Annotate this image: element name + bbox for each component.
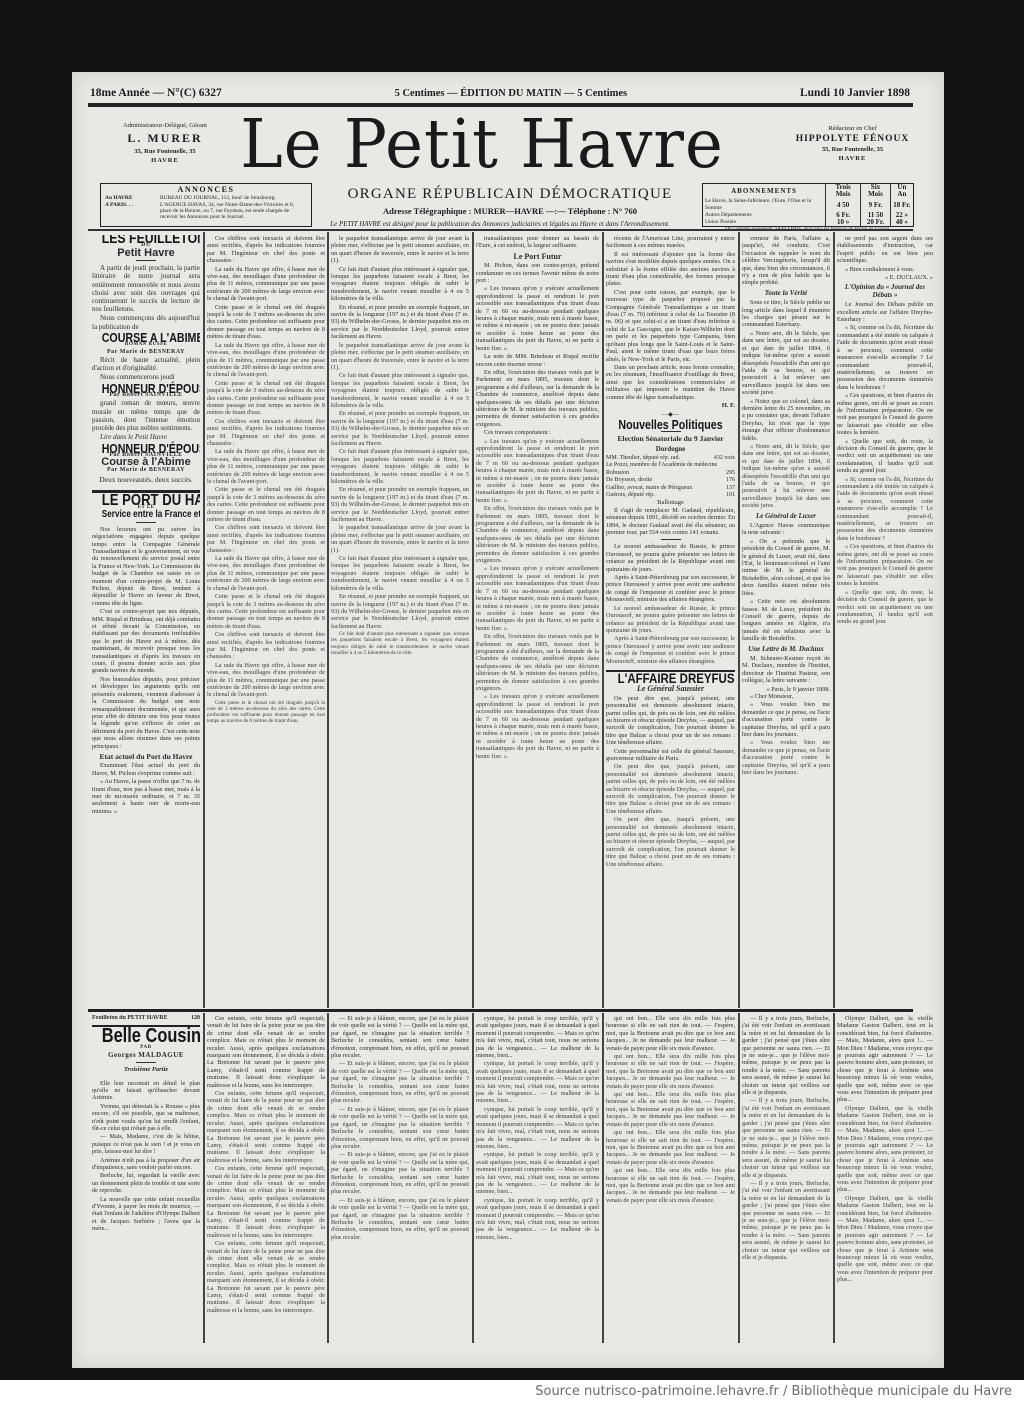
paragraph: Le nouvel ambassadeur de Russie, le prin… [606,543,735,573]
paragraph: M. Pichon, dans son contre-projet, préte… [476,262,599,284]
paragraph: A partir de jeudi prochain, la partie li… [92,264,200,313]
paragraph: Le Journal des Débats publie un excellen… [837,301,933,323]
paragraph: — Et suis-je à blâmer, encore, que j'ai … [331,1015,469,1059]
year-issue: 18me Année — N°(C) 6327 [90,87,222,99]
column-rule [738,232,740,1008]
column-rule [472,232,474,1008]
row-label: Union Postale [703,219,826,226]
paragraph: « Les travaux qu'on y exécute actuelleme… [476,285,599,352]
paragraph: C'est pour cette raison, par exemple, qu… [606,289,735,363]
col-header: Six Mois [861,184,891,198]
politiques-title: Nouvelles Politiques [618,421,724,428]
administrator-block: Administrateur-Délégué, Gérant L. MURER … [100,122,230,164]
paragraph: La note de MM. Brindeau et Rispal rectif… [476,353,599,368]
result-row: De Boysson, droite176 [606,477,735,484]
tagline: Deux nouveautés, deux succès. [92,476,200,483]
editor-block: Rédacteur en Chef HIPPOLYTE FÉNOUX 35, R… [790,125,915,162]
paragraph: On peut dire que, jusqu'à présent, une p… [606,763,735,815]
col-header: Trois Mois [826,184,861,198]
candidate-votes: 176 [726,477,735,484]
footnote: Cette passe et le chenal ont été dragués… [207,700,325,725]
paragraph: « Notez que ce colonel, dans sa dernière… [742,398,830,442]
paragraph: Après à Saint-Pétersbourg par son succes… [606,635,735,665]
paragraph: cynique, lui portait le coup terrible, q… [476,1015,599,1059]
section-heading: Election Sénatoriale du 9 Janvier [606,435,735,442]
result-row: MM. Theulier, député rép. rad.432 voix [606,455,735,462]
paragraph: C'est ce contre-projet que nos députés, … [92,608,200,675]
section-heading: Le Général Saussier [606,685,735,692]
paragraph: — Il y a trois jours, Berluche, j'ai été… [742,1180,830,1261]
paragraph: qui ont bon... Elle sera dix mille fois … [606,1129,735,1166]
candidate-votes: 101 [726,492,735,499]
masthead-subtitle: ORGANE RÉPUBLICAIN DÉMOCRATIQUE [330,186,690,203]
feuilleton-number: 120 [191,1015,200,1022]
paragraph: « Quelle que soit, du reste, la décision… [837,438,933,475]
result-row: Robuston295 [606,470,735,477]
section-heading: Le Port Futur [476,253,599,260]
paragraph: La rade du Havre qui offre, à basse mer … [207,266,325,303]
paragraph: « Ces questions, et bien d'autres du mêm… [837,543,933,587]
candidate-votes: 295 [726,470,735,477]
paragraph: Ces enfants, cette femme qu'il respectai… [207,1015,325,1089]
paragraph: « Notre ami, dit le Siècle, que dans une… [742,443,830,510]
paragraph: « Quelle que soit, du reste, la décision… [837,589,933,626]
paragraph: La nouvelle que cette enfant recueillie … [92,1196,200,1233]
divider [136,1062,156,1063]
paragraph: « Bien cordialement à vous. [837,266,933,273]
abonnements-box: ABONNEMENTS Trois Mois Six Mois Un An Le… [702,183,914,227]
candidate-name: Gaillier, avocat, maire de Périgueux [606,485,692,492]
paragraph: qui ont bon... Elle sera dix mille fois … [606,1091,735,1128]
annonces-box: ANNONCES Au HAVRE BUREAU DU JOURNAL, 112… [100,183,312,227]
paragraph: « Cher Monsieur, [742,693,830,700]
divider [661,539,681,540]
candidate-votes: 432 voix [714,455,735,462]
column-rule [472,1013,474,1343]
designation-line: Le PETIT HAVRE est désigné pour la publi… [250,220,750,228]
paragraph: Cette passe et le chenal ont été dragués… [207,486,325,523]
abonnements-title: ABONNEMENTS [703,184,826,198]
paragraph: cynique, lui portait le coup terrible, q… [476,1151,599,1195]
section-heading: Le Général de Luxer [742,513,830,520]
paragraph: Olympe Dalbert, que la vieille Madame Ga… [837,1195,933,1284]
candidate-votes: 137 [726,485,735,492]
dreyfus-title: L'AFFAIRE DREYFUS [618,675,724,682]
paragraph: le paquebot transatlantique arrive de jo… [331,342,469,372]
editor-address: 35, Rue Fontenelle, 35 [790,146,915,153]
source-credit: Source nutrisco-patrimoine.lehavre.fr / … [535,1384,1012,1399]
paragraph: En résumé, et pour prendre un exemple fr… [331,304,469,341]
column-dreyfus-1: verneur de Paris, l'affaire a, jusqu'ici… [742,235,830,1007]
column-rule [602,232,604,1008]
paragraph: « Les travaux qu'on y exécute actuelleme… [476,565,599,632]
paragraph: Berluche, lui, regardait la vieille avec… [92,1172,200,1194]
column-rule [327,232,329,1008]
paragraph: qui ont bon... Elle sera dix mille fois … [606,1053,735,1090]
paragraph: « Les travaux qu'on y exécute actuelleme… [476,693,599,760]
paragraph: Ce fait était d'autant plus intéressant … [331,372,469,409]
abonnements-table: ABONNEMENTS Trois Mois Six Mois Un An Le… [703,184,913,226]
feuilleton-label: Feuilleton du PETIT HAVRE [92,1015,168,1022]
column-rule [833,232,835,1008]
paragraph: qui ont bon... Elle sera dix mille fois … [606,1015,735,1052]
paragraph: « Les travaux qu'on y exécute actuelleme… [476,438,599,505]
paragraph: « On a prétendu que le président du Cons… [742,538,830,597]
paragraph: Artémie n'eût pas à la proposer d'un air… [92,1157,200,1172]
row-label: Le Havre, la Seine-Inférieure, l'Eure, l… [703,198,826,212]
paragraph: — Et suis-je à blâmer, encore, que j'ai … [331,1197,469,1241]
price: 40 » [890,219,913,226]
editor-name: HIPPOLYTE FÉNOUX [790,134,915,144]
paragraph: — Et suis-je à blâmer, encore, que j'ai … [331,1106,469,1150]
divider [136,260,156,261]
paragraph: Ces chiffres sont inexacts et doivent êt… [207,631,325,661]
price: 10 » [826,219,861,226]
paragraph: Ce fait était d'autant plus intéressant … [331,555,469,592]
paragraph: Ces enfants, cette femme qu'il respectai… [207,1240,325,1314]
paragraph: Cette passe et le chenal ont été dragués… [207,380,325,417]
paragraph: Cette passe et le chenal ont été dragués… [207,593,325,630]
candidate-name: De Boysson, droite [606,477,652,484]
novel-title: HONNEUR D'ÉPOUSE [102,445,191,452]
port-title: LE PORT DU HAVRE [102,497,191,504]
price: 9 Fr. [861,198,891,212]
paragraph: La rade du Havre qui offre, à basse mer … [207,342,325,379]
section-heading: Etat actuel du Port du Havre [92,753,200,760]
row-label: Autres Départements [703,212,826,219]
paragraph: En effet, l'exécution des travaux votés … [476,369,599,428]
paragraph: « Cette note est absolument fausse. M. d… [742,598,830,642]
editor-city: HAVRE [790,155,915,162]
paragraph: Ces enfants, cette femme qu'il respectai… [207,1165,325,1239]
annonces-row: A PARIS. . . L'AGENCE HAVAS, 34, rue Not… [105,202,307,220]
feuilleton-column-5: qui ont bon... Elle sera dix mille fois … [606,1015,735,1340]
annonces-place: A PARIS. . . [105,202,160,220]
column-rule [203,232,205,1008]
feuilleton-part: Troisième Partie [92,1066,200,1073]
candidate-name: Guérois, député rép. [606,492,655,499]
col-header: Un An [890,184,913,198]
column-politiques: récents de l'American Line, pourraient y… [606,235,735,1007]
column-dreyfus-2: ne perd pas son argent dans ses établiss… [837,235,933,1007]
candidate-name: Le Pozzi, membre de l'Académie de médeci… [606,462,717,469]
feuilleton-column-7: Olympe Dalbert, que la vieille Madame Ga… [837,1015,933,1340]
paragraph: transatlantiques pour donner au bassin d… [476,235,599,250]
paragraph: « Si, comme on l'a dit, l'écriture du co… [837,476,933,543]
administrator-name: L. MURER [100,131,230,146]
administrator-role: Administrateur-Délégué, Gérant [100,122,230,129]
paragraph: cynique, lui portait le coup terrible, q… [476,1060,599,1104]
feuilleton-column-1: Feuilleton du PETIT HAVRE 120 Belle Cous… [92,1015,200,1340]
paragraph: Elle leur racontait en détail le plan qu… [92,1080,200,1102]
section-heading: Une Lettre de M. Duclaux [742,646,830,653]
column-rule [602,1013,604,1343]
annonces-text: BUREAU DU JOURNAL, 112, boul' de Strasbo… [160,195,307,201]
price: 20 Fr. [861,219,891,226]
paragraph: — Et suis-je à blâmer, encore, que j'ai … [331,1151,469,1195]
price-edition: 5 Centimes — ÉDITION DU MATIN — 5 Centim… [395,88,628,99]
paragraph: — Il y a trois jours, Berluche, j'ai été… [742,1097,830,1178]
paragraph: On peut dire que, jusqu'à présent, une p… [606,695,735,747]
paragraph: En résumé, et pour prendre un exemple fr… [331,486,469,523]
paragraph: grand roman de mœurs, œuvre morale en mê… [92,399,200,432]
paragraph: cynique, lui portait le coup terrible, q… [476,1106,599,1150]
signature: « E. DUCLAUX. » [837,274,933,281]
column-port-4: transatlantiques pour donner au bassin d… [476,235,599,1007]
paragraph: Le nouvel ambassadeur de Russie, le prin… [606,605,735,635]
issue-date: Lundi 10 Janvier 1898 [800,87,910,99]
administrator-address: 35, Rue Fontenelle, 35 [100,148,230,155]
column-rule [203,1013,205,1343]
footnote: Ce fait était d'autant plus intéressant … [331,631,469,656]
paragraph: En résumé, et pour prendre un exemple fr… [331,593,469,630]
paragraph: Cette personnalité est celle du général … [606,748,735,763]
candidate-name: MM. Theulier, député rép. rad. [606,455,680,462]
port-subtitle: Service entre la France et New-York [102,511,191,518]
department: Dordogne [606,446,735,453]
paragraph: Nos lecteurs ont pu suivre les négociati… [92,526,200,607]
novel-author: Par Marie de BESNERAY [92,467,200,474]
paragraph: Ces chiffres sont inexacts et doivent êt… [207,235,325,265]
paragraph: — Et suis-je à blâmer, encore, que j'ai … [331,1060,469,1104]
section-heading: L'Opinion du « Journal des Débats » [837,284,933,299]
novel-title: COURSE A L'ABIME [102,334,191,341]
paragraph: Ces chiffres sont inexacts et doivent êt… [207,418,325,448]
column-rule [833,1013,835,1343]
paragraph: ne perd pas son argent dans ses établiss… [837,235,933,265]
paragraph: On peut dire que, jusqu'à présent, une p… [606,816,735,868]
paragraph: Olympe Dalbert, que la vieille Madame Ga… [837,1015,933,1104]
paragraph: Examinant l'état actuel du port du Havre… [92,762,200,777]
paragraph: Après à Saint-Pétersbourg par son succes… [606,574,735,604]
paragraph: Cette passe et le chenal ont été dragués… [207,304,325,341]
column-port-2: Ces chiffres sont inexacts et doivent êt… [207,235,325,1007]
price: 18 Fr. [890,198,913,212]
feuilleton-column-4: cynique, lui portait le coup terrible, q… [476,1015,599,1340]
paragraph: La rade du Havre qui offre, à basse mer … [207,555,325,592]
paragraph: — Mais, Madame, c'est de la bêtise, puis… [92,1133,200,1155]
paragraph: « Notre ami, dit le Siècle, que dans une… [742,330,830,397]
signature: H. F. [606,402,735,409]
divider [136,522,156,523]
column-rule [327,1013,329,1343]
editor-role: Rédacteur en Chef [790,125,915,132]
paragraph: En effet, l'exécution des travaux votés … [476,633,599,692]
result-row: Gaillier, avocat, maire de Périgueux137 [606,485,735,492]
annonces-text: L'AGENCE HAVAS, 34, rue Notre-Dame-des-V… [160,202,307,220]
administrator-city: HAVRE [100,157,230,164]
paragraph: « Vous voulez bien me demander ce que je… [742,701,830,738]
paragraph: Olympe Dalbert, que la vieille Madame Ga… [837,1105,933,1194]
feuilleton-header: Feuilleton du PETIT HAVRE 120 [92,1015,200,1022]
paragraph: En résumé, et pour prendre un exemple fr… [331,410,469,447]
paragraph: « Si, comme on l'a dit, l'écriture du co… [837,324,933,391]
paragraph: Dans un prochain article, nous ferons co… [606,364,735,401]
paragraph: Sous ce titre, le Siècle publie un long … [742,299,830,329]
paragraph: le paquebot transatlantique arrive de jo… [331,235,469,265]
feuilletons-subtitle: Petit Havre [92,250,200,257]
telegraph-line: Adresse Télégraphique : MURER—HAVRE —:— … [330,206,690,216]
feuilleton-column-6: — Il y a trois jours, Berluche, j'ai été… [742,1015,830,1340]
masthead-title: Le Petit Havre [232,106,732,184]
paragraph: Il est intéressant d'ajouter que la form… [606,251,735,288]
result-row: Guérois, député rép.101 [606,492,735,499]
table-row: Le Havre, la Seine-Inférieure, l'Eure, l… [703,198,913,212]
paragraph: cynique, lui portait le coup terrible, q… [476,1197,599,1241]
feuilleton-column-2: Ces enfants, cette femme qu'il respectai… [207,1015,325,1340]
novel-title: Course à l'Abime [92,459,200,466]
annonces-place: Au HAVRE [105,195,160,201]
paragraph: — Il y a trois jours, Berluche, j'ai été… [742,1015,830,1096]
paragraph: Nous commençons dès aujourd'hui la publi… [92,314,200,330]
header-bottom-rule [88,229,913,231]
paragraph: Ces enfants, cette femme qu'il respectai… [207,1090,325,1164]
paragraph: Ces chiffres sont inexacts et doivent êt… [207,524,325,554]
paragraph: « Au Havre, la passe n'offre que 7 m. de… [92,778,200,815]
price: 4 50 [826,198,861,212]
paragraph: La rade du Havre qui offre, à basse mer … [207,448,325,485]
paragraph: Nos honorables députés, pour préciser et… [92,676,200,750]
paragraph: Ce fait était d'autant plus intéressant … [331,448,469,485]
paragraph: La rade du Havre qui offre, à basse mer … [207,662,325,699]
paragraph: Ces travaux comportaient : [476,429,599,436]
feuilleton-column-3: — Et suis-je à blâmer, encore, que j'ai … [331,1015,469,1340]
feuilleton-rule [88,1009,913,1012]
paragraph: récents de l'American Line, pourraient y… [606,235,735,250]
paragraph: le paquebot transatlantique arrive de jo… [331,524,469,554]
feuilleton-title: Belle Cousine [102,1033,191,1040]
paragraph: qui ont bon... Elle sera dix mille fois … [606,1167,735,1204]
column-feuilletons: LES FEUILLETONS DU Petit Havre A partir … [92,235,200,1007]
ballotage: Ballottage [606,499,735,506]
paragraph: Ce fait était d'autant plus intéressant … [331,266,469,303]
column-rule [738,1013,740,1343]
paragraph: « Ces questions, et bien d'autres du mêm… [837,392,933,436]
novel-author: Par Marie de BESNERAY [92,349,200,356]
letter-date: « Paris, le 9 janvier 1898. [742,686,830,693]
paragraph: En effet, l'exécution des travaux votés … [476,505,599,564]
table-row: Union Postale 10 » 20 Fr. 40 » [703,219,913,226]
feuilleton-author: Georges MALDAGUE [92,1052,200,1059]
paragraph: « Vous voulez bien me demander ce que je… [742,739,830,776]
paragraph: Récit de haute actualité, plein d'action… [92,356,200,372]
election-results: MM. Theulier, député rép. rad.432 voixLe… [606,455,735,499]
column-port-3: le paquebot transatlantique arrive de jo… [331,235,469,1007]
paragraph: M. Scheurer-Kestner reçoit de M. Duclaux… [742,655,830,685]
paragraph: verneur de Paris, l'affaire a, jusqu'ici… [742,235,830,287]
paragraph: Il s'agit de remplacer M. Gadaud, républ… [606,507,735,537]
paragraph: L'Agence Havas communique la note suivan… [742,522,830,537]
annonces-row: Au HAVRE BUREAU DU JOURNAL, 112, boul' d… [105,195,307,201]
novel-title: HONNEUR D'ÉPOUSE [102,385,191,392]
annonces-title: ANNONCES [101,185,311,194]
result-row: Le Pozzi, membre de l'Académie de médeci… [606,462,735,469]
candidate-name: Robuston [606,470,629,477]
paragraph: Yvonne, qui détestait la « Rousse » plus… [92,1103,200,1133]
feuilletons-title: LES FEUILLETONS [102,235,191,242]
top-bar: 18me Année — N°(C) 6327 5 Centimes — ÉDI… [90,86,910,100]
section-heading: Toute la Vérité [742,290,830,297]
